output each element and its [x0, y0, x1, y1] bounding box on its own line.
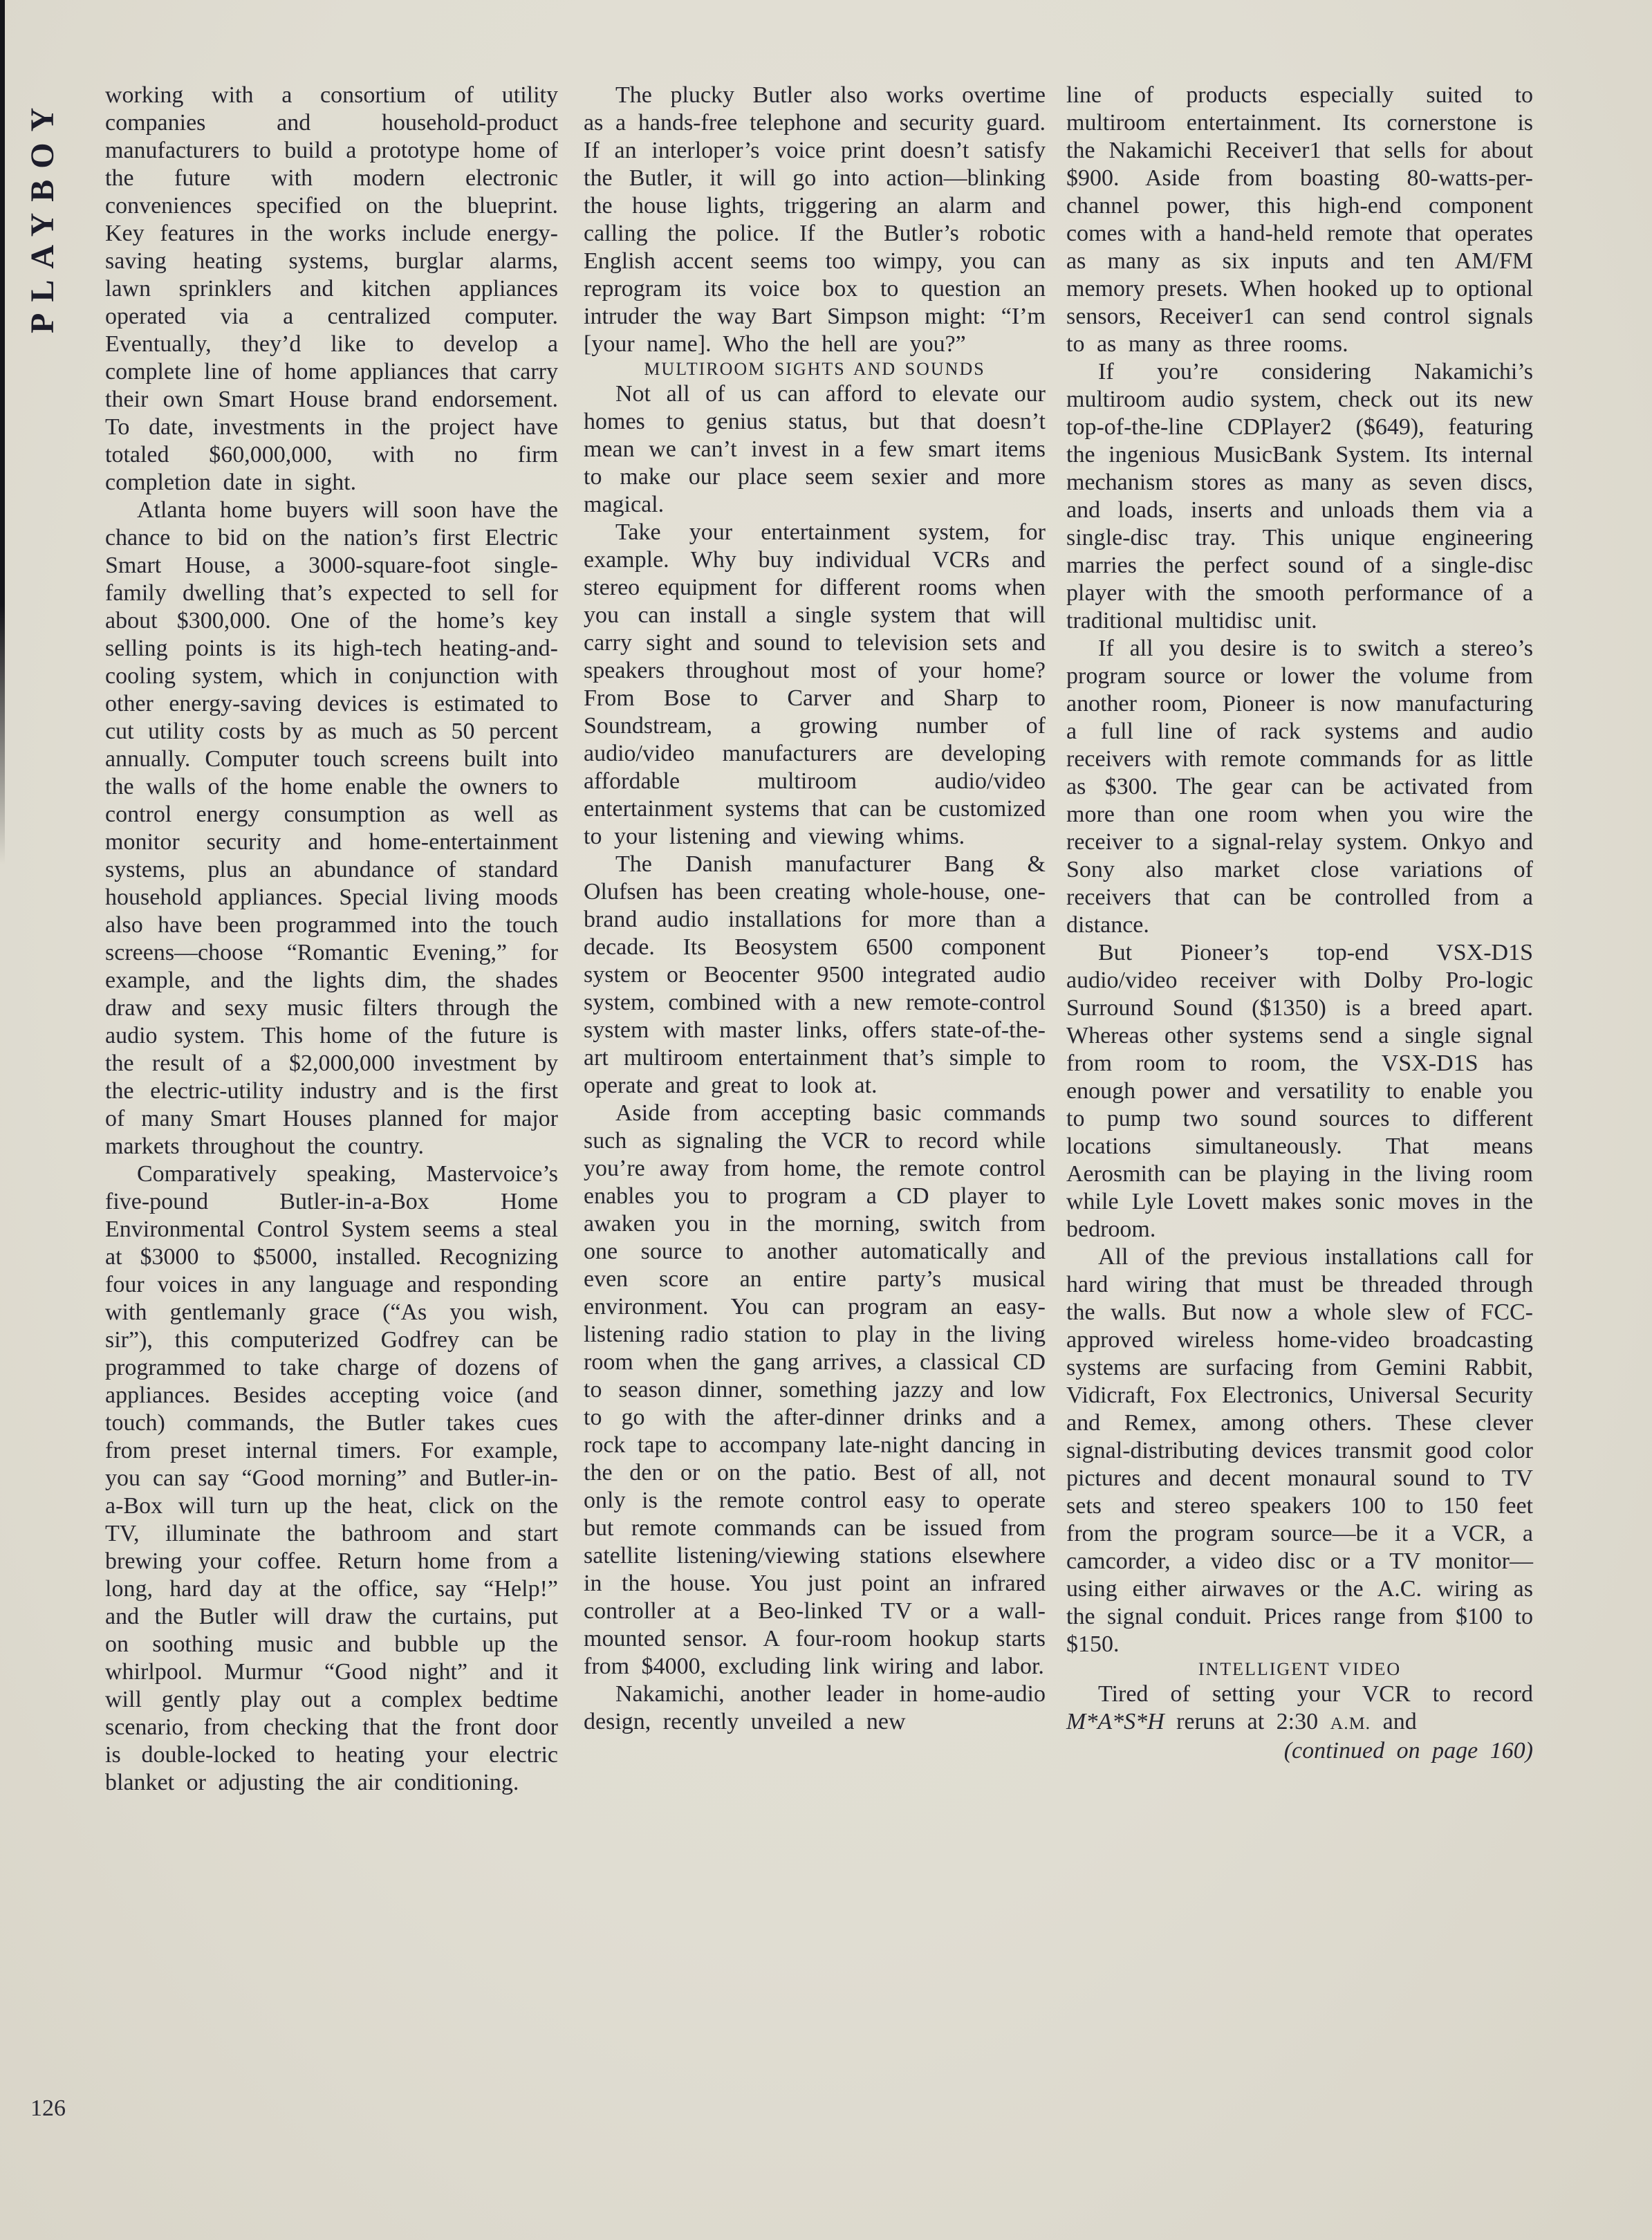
paragraph: Aside from accepting basic commands such…	[584, 1100, 1046, 1681]
paragraph: Comparatively speaking, Mastervoice’s fi…	[105, 1160, 558, 1797]
paragraph: Tired of setting your VCR to record M*A*…	[1066, 1681, 1533, 1737]
paragraph: Atlanta home buyers will soon have the c…	[105, 497, 558, 1160]
paragraph: line of products especially suited to mu…	[1066, 82, 1533, 358]
paragraph: Take your entertainment system, for exam…	[584, 519, 1046, 851]
paragraph: If you’re considering Nakamichi’s multir…	[1066, 358, 1533, 635]
page-number: 126	[30, 2095, 66, 2122]
paragraph: All of the previous installations call f…	[1066, 1243, 1533, 1658]
page-edge-shadow	[0, 0, 5, 864]
section-subhead: MULTIROOM SIGHTS AND SOUNDS	[584, 358, 1046, 380]
show-title-italic: M*A*S*H	[1066, 1709, 1164, 1734]
text-column-1: working with a consortium of utility com…	[105, 82, 558, 1797]
meridiem-small-caps: A.M.	[1330, 1713, 1371, 1733]
paragraph: If all you desire is to switch a stereo’…	[1066, 635, 1533, 939]
section-subhead: INTELLIGENT VIDEO	[1066, 1658, 1533, 1681]
paragraph: working with a consortium of utility com…	[105, 82, 558, 497]
paragraph: But Pioneer’s top-end VSX-D1S audio/vide…	[1066, 939, 1533, 1243]
magazine-brand-vertical: PLAYBOY	[24, 97, 62, 333]
closing-text: Tired of setting your VCR to record	[1098, 1681, 1533, 1707]
closing-text: reruns at 2:30	[1164, 1709, 1330, 1734]
text-column-2: The plucky Butler also works overtime as…	[584, 82, 1046, 1736]
paragraph: Nakamichi, another leader in home-audio …	[584, 1681, 1046, 1736]
paragraph: Not all of us can afford to elevate our …	[584, 380, 1046, 519]
paragraph: The Danish manufacturer Bang & Olufsen h…	[584, 851, 1046, 1100]
magazine-page: PLAYBOY working with a consortium of uti…	[0, 0, 1652, 2240]
continued-notice: (continued on page 160)	[1066, 1737, 1533, 1765]
text-column-3: line of products especially suited to mu…	[1066, 82, 1533, 1765]
paragraph: The plucky Butler also works overtime as…	[584, 82, 1046, 358]
closing-text: and	[1371, 1709, 1417, 1734]
